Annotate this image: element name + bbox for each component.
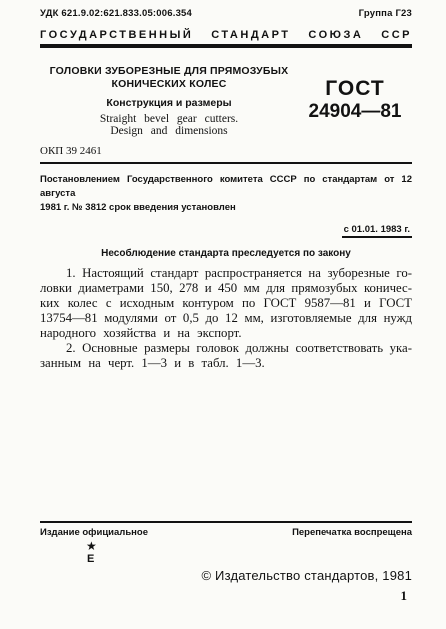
page-number: 1: [40, 588, 412, 604]
title-column: ГОЛОВКИ ЗУБОРЕЗНЫЕ ДЛЯ ПРЯМОЗУБЫХ КОНИЧЕ…: [40, 65, 298, 137]
udk-row: УДК 621.9.02:621.833.05:006.354 Группа Г…: [40, 8, 412, 19]
gost-standard-page: УДК 621.9.02:621.833.05:006.354 Группа Г…: [0, 0, 446, 629]
page-content: УДК 621.9.02:621.833.05:006.354 Группа Г…: [40, 8, 412, 371]
official-edition-label: Издание официальное: [40, 527, 148, 538]
edition-letter: Е: [87, 553, 412, 565]
document-title-ru: ГОЛОВКИ ЗУБОРЕЗНЫЕ ДЛЯ ПРЯМОЗУБЫХ КОНИЧЕ…: [40, 65, 298, 91]
document-subtitle-ru: Конструкция и размеры: [40, 97, 298, 109]
copyright-icon: ©: [201, 568, 211, 583]
standard-body-text: 1. Настоящий стандарт распространяется н…: [40, 266, 412, 371]
effective-date: с 01.01. 1983 г.: [342, 224, 412, 238]
copyright-line: © Издательство стандартов, 1981: [40, 568, 412, 583]
gost-label: ГОСТ: [298, 77, 412, 101]
star-icon: ★: [86, 540, 412, 552]
okp-code: ОКП 39 2461: [40, 145, 412, 157]
copyright-text: Издательство стандартов, 1981: [211, 568, 412, 583]
paragraph-1-main: 1. Настоящий стандарт распространяется н…: [40, 266, 412, 326]
effective-date-row: с 01.01. 1983 г.: [40, 219, 412, 238]
state-standard-heading: ГОСУДАРСТВЕННЫЙ СТАНДАРТ СОЮЗА ССР: [40, 28, 412, 42]
footer-divider-rule: [40, 521, 412, 523]
document-title-en: Straight bevel gear cutters. Design and …: [40, 114, 298, 137]
gost-number: 24904—81: [298, 101, 412, 123]
title-section: ГОЛОВКИ ЗУБОРЕЗНЫЕ ДЛЯ ПРЯМОЗУБЫХ КОНИЧЕ…: [40, 65, 412, 137]
law-notice: Несоблюдение стандарта преследуется по з…: [40, 248, 412, 259]
group-code: Группа Г23: [359, 8, 412, 19]
paragraph-2-last-line: занным на черт. 1—3 и в табл. 1—3.: [40, 356, 412, 371]
page-footer: Издание официальное Перепечатка воспреще…: [40, 521, 412, 604]
footer-notices-row: Издание официальное Перепечатка воспреще…: [40, 527, 412, 538]
enactment-text-line1: Постановлением Государственного комитета…: [40, 173, 412, 201]
paragraph-2-main: 2. Основные размеры головок должны соотв…: [40, 341, 412, 356]
paragraph-1-last-line: народного хозяйства и на экспорт.: [40, 326, 412, 341]
reprint-prohibited-label: Перепечатка воспрещена: [292, 527, 412, 538]
enactment-text-line2: 1981 г. № 3812 срок введения установлен: [40, 201, 412, 215]
enactment-paragraph: Постановлением Государственного комитета…: [40, 173, 412, 215]
header-divider-bar: [40, 44, 412, 48]
okp-divider-rule: [40, 162, 412, 164]
udk-code: УДК 621.9.02:621.833.05:006.354: [40, 8, 192, 19]
gost-number-block: ГОСТ 24904—81: [298, 65, 412, 137]
